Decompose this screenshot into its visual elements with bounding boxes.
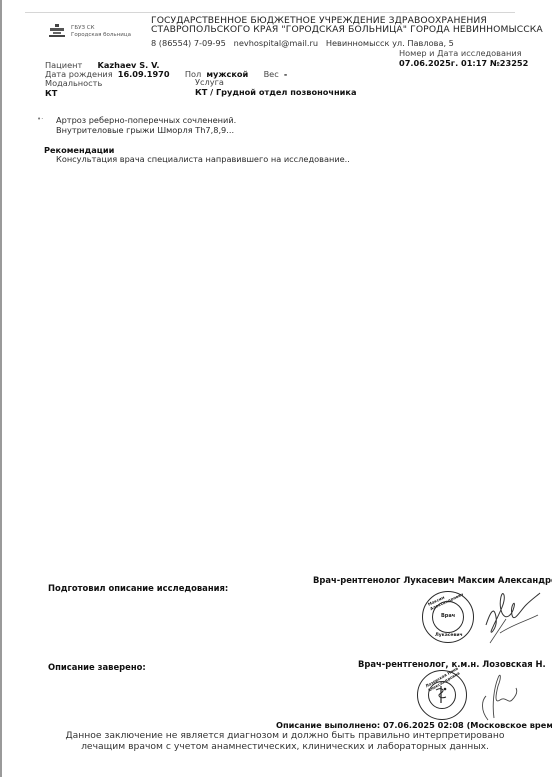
disclaimer-line-2: лечащим врачом с учетом анамнестических,…	[15, 741, 552, 752]
stamp1-center: Врач	[441, 613, 455, 619]
conclusion: Артроз реберно-поперечных сочленений. Вн…	[56, 115, 236, 135]
verified-label: Описание заверено:	[48, 662, 146, 672]
conclusion-line-2: Внутрителовые грыжи Шморля Th7,8,9...	[56, 125, 236, 135]
scan-edge	[0, 0, 2, 777]
prepared-by: Врач-рентгенолог Лукасевич Максим Алекса…	[313, 575, 552, 585]
address: Невинномысск ул. Павлова, 5	[326, 38, 454, 48]
logo-text-line1: ГБУЗ СК	[71, 25, 131, 32]
service-block: Услуга КТ / Грудной отдел позвоночника	[195, 77, 356, 97]
org-line2: СТАВРОПОЛЬСКОГО КРАЯ "ГОРОДСКАЯ БОЛЬНИЦА…	[151, 25, 543, 34]
service-label: Услуга	[195, 77, 356, 87]
prepared-label: Подготовил описание исследования:	[48, 583, 228, 593]
organization-name: ГОСУДАРСТВЕННОЕ БЮДЖЕТНОЕ УЧРЕЖДЕНИЕ ЗДР…	[151, 16, 543, 34]
top-rule	[25, 12, 515, 13]
contacts-line: 8 (86554) 7-09-95 nevhospital@mail.ru Не…	[151, 38, 454, 48]
doctor-stamp-1: Врач Максим Александрович Лукасевич	[422, 591, 474, 643]
hospital-emblem-icon	[48, 24, 66, 38]
conclusion-line-1: Артроз реберно-поперечных сочленений.	[56, 115, 236, 125]
study-number-label: Номер и Дата исследования	[399, 48, 528, 58]
service-value: КТ / Грудной отдел позвоночника	[195, 87, 356, 97]
stamp1-bottom: Лукасевич	[435, 633, 463, 638]
scan-artifact: •·	[37, 115, 43, 123]
modality-block: Модальность КТ	[45, 78, 102, 98]
logo-text-line2: Городская больница	[71, 32, 131, 39]
study-number-value: 07.06.2025г. 01:17 №23252	[399, 58, 528, 68]
doctor-stamp-2: Лозовская Нина Александровна	[417, 670, 467, 720]
phone: 8 (86554) 7-09-95	[151, 38, 226, 48]
signature-1	[476, 585, 546, 650]
recommendations-text: Консультация врача специалиста направивш…	[56, 154, 350, 164]
email: nevhospital@mail.ru	[234, 38, 318, 48]
completed-time: Описание выполнено: 07.06.2025 02:08 (Мо…	[276, 720, 552, 730]
study-number-block: Номер и Дата исследования 07.06.2025г. 0…	[399, 48, 528, 68]
signature-2	[468, 670, 528, 725]
modality-value: КТ	[45, 88, 102, 98]
modality-label: Модальность	[45, 78, 102, 88]
logo-text: ГБУЗ СК Городская больница	[71, 25, 131, 39]
disclaimer-line-1: Данное заключение не является диагнозом …	[15, 730, 552, 741]
dob-value: 16.09.1970	[118, 69, 170, 79]
